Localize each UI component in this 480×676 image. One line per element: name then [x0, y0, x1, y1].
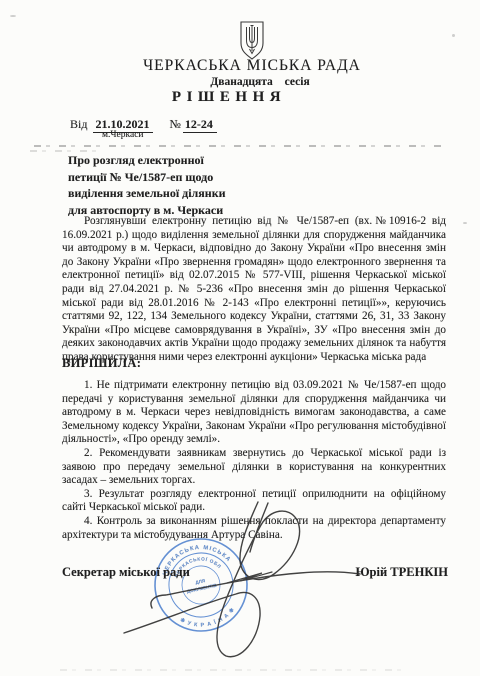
- date-label: Від: [70, 117, 87, 131]
- resolution-items: 1. Не підтримати електронну петицію від …: [62, 379, 446, 542]
- title-line: петиції № Че/1587-еп щодо: [68, 169, 258, 186]
- decision-document-page: ЧЕРКАСЬКА МІСЬКА РАДА Дванадцята сесія Р…: [0, 0, 480, 676]
- resolution-item: 1. Не підтримати електронну петицію від …: [62, 379, 446, 447]
- number-sign: №: [169, 117, 180, 131]
- signature-row: Секретар міської ради Юрій ТРЕНКІН: [62, 565, 448, 580]
- signatory-role: Секретар міської ради: [62, 565, 190, 580]
- title-line: виділення земельної ділянки: [68, 185, 258, 202]
- resolution-item: 3. Результат розгляду електронної петиці…: [62, 488, 446, 515]
- scan-artifact-line: [34, 145, 444, 147]
- ukraine-trident-shield-icon: [237, 21, 267, 61]
- scan-artifact-line: [60, 669, 410, 671]
- resolution-item: 4. Контроль за виконанням рішення поклас…: [62, 515, 446, 542]
- organization-name: ЧЕРКАСЬКА МІСЬКА РАДА: [24, 57, 480, 75]
- title-line: Про розгляд електронної: [68, 152, 258, 169]
- scan-speck: [463, 222, 467, 224]
- signatory-name: Юрій ТРЕНКІН: [355, 565, 448, 580]
- preamble-paragraph: Розглянувши електронну петицію від № Че/…: [62, 215, 446, 365]
- document-type-heading: РІШЕННЯ: [0, 89, 458, 106]
- stamp-center-line2: ДОКУМЕНТІВ: [186, 583, 217, 594]
- document-number: 12-24: [183, 117, 217, 133]
- resolved-heading: ВИРІШИЛА:: [62, 356, 141, 371]
- city-label: м.Черкаси: [102, 130, 144, 140]
- scan-speck: [10, 15, 16, 17]
- resolution-item: 2. Рекомендувати заявникам звернутись до…: [62, 447, 446, 488]
- official-round-stamp: ЧЕРКАСЬКА МІСЬКА ЧЕРКАСЬКОЇ ОБЛ ✱ У К Р …: [151, 535, 251, 635]
- scan-speck: [452, 34, 455, 37]
- session-label: Дванадцята сесія: [40, 76, 480, 88]
- document-title: Про розгляд електронної петиції № Че/158…: [68, 152, 258, 218]
